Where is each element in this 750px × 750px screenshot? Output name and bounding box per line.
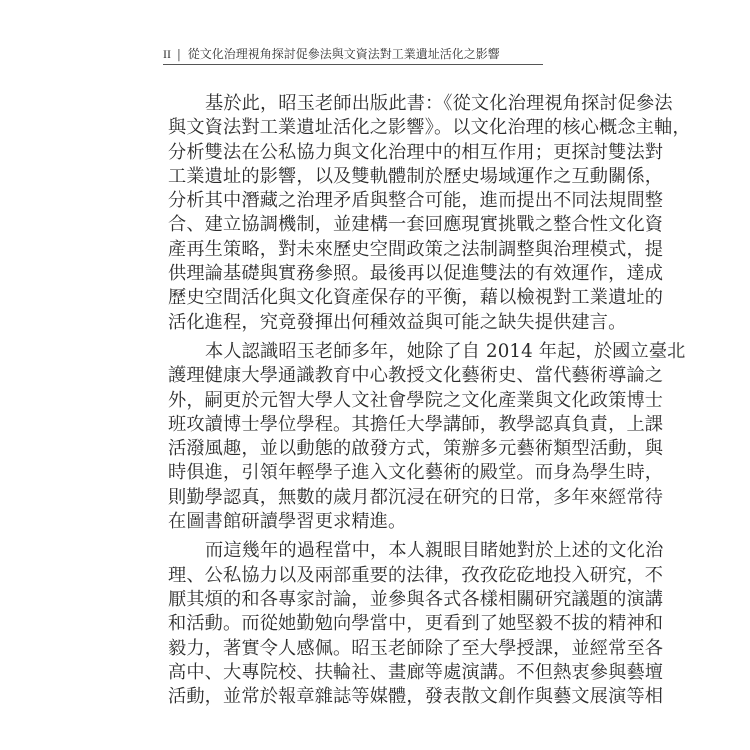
text-line: 本人認識昭玉老師多年，她除了自 2014 年起，於國立臺北 — [168, 340, 544, 364]
book-title: 從文化治理視角探討促參法與文資法對工業遺址活化之影響 — [188, 47, 500, 61]
paragraph-2: 本人認識昭玉老師多年，她除了自 2014 年起，於國立臺北 護理健康大學通識教育… — [168, 340, 544, 534]
text-line: 活潑風趣，並以動態的啟發方式，策辦多元藝術類型活動，與 — [168, 437, 544, 461]
text-line: 時俱進，引領年輕學子進入文化藝術的殿堂。而身為學生時， — [168, 461, 544, 485]
book-page: II | 從文化治理視角探討促參法與文資法對工業遺址活化之影響 基於此，昭玉老師… — [0, 0, 750, 750]
header-separator: | — [177, 47, 181, 61]
text-line: 毅力，著實令人感佩。昭玉老師除了至大學授課，並經常至各 — [168, 637, 544, 661]
text-line: 與文資法對工業遺址活化之影響》。以文化治理的核心概念主軸， — [168, 116, 544, 140]
page-number: II — [163, 47, 171, 61]
text-line: 基於此，昭玉老師出版此書：《從文化治理視角探討促參法 — [168, 92, 544, 116]
text-line: 工業遺址的影響，以及雙軌體制於歷史場域運作之互動關係， — [168, 165, 544, 189]
text-line: 理、公私協力以及兩部重要的法律，孜孜矻矻地投入研究，不 — [168, 564, 544, 588]
running-header: II | 從文化治理視角探討促參法與文資法對工業遺址活化之影響 — [163, 46, 543, 65]
text-line: 分析雙法在公私協力與文化治理中的相互作用；更探討雙法對 — [168, 141, 544, 165]
text-line: 活動，並常於報章雜誌等媒體，發表散文創作與藝文展演等相 — [168, 685, 544, 709]
text-line: 在圖書館研讀學習更求精進。 — [168, 510, 544, 534]
text-line: 高中、大專院校、扶輪社、畫廊等處演講。不但熱衷參與藝壇 — [168, 661, 544, 685]
body-text: 基於此，昭玉老師出版此書：《從文化治理視角探討促參法 與文資法對工業遺址活化之影… — [168, 92, 544, 714]
text-line: 歷史空間活化與文化資產保存的平衡，藉以檢視對工業遺址的 — [168, 286, 544, 310]
text-line: 和活動。而從她勤勉向學當中，更看到了她堅毅不拔的精神和 — [168, 612, 544, 636]
text-line: 活化進程，究竟發揮出何種效益與可能之缺失提供建言。 — [168, 311, 544, 335]
text-line: 護理健康大學通識教育中心教授文化藝術史、當代藝術導論之 — [168, 364, 544, 388]
text-line: 厭其煩的和各專家討論，並參與各式各樣相關研究議題的演講 — [168, 588, 544, 612]
paragraph-1: 基於此，昭玉老師出版此書：《從文化治理視角探討促參法 與文資法對工業遺址活化之影… — [168, 92, 544, 335]
text-line: 而這幾年的過程當中，本人親眼目睹她對於上述的文化治 — [168, 539, 544, 563]
text-line: 供理論基礎與實務參照。最後再以促進雙法的有效運作，達成 — [168, 262, 544, 286]
text-line: 分析其中潛藏之治理矛盾與整合可能，進而提出不同法規間整 — [168, 189, 544, 213]
text-line: 則勤學認真，無數的歲月都沉浸在研究的日常，多年來經常待 — [168, 486, 544, 510]
text-line: 班攻讀博士學位學程。其擔任大學講師，教學認真負責，上課 — [168, 413, 544, 437]
text-line: 合、建立協調機制，並建構一套回應現實挑戰之整合性文化資 — [168, 213, 544, 237]
paragraph-3: 而這幾年的過程當中，本人親眼目睹她對於上述的文化治 理、公私協力以及兩部重要的法… — [168, 539, 544, 709]
text-line: 產再生策略，對未來歷史空間政策之法制調整與治理模式，提 — [168, 238, 544, 262]
text-line: 外，嗣更於元智大學人文社會學院之文化產業與文化政策博士 — [168, 389, 544, 413]
